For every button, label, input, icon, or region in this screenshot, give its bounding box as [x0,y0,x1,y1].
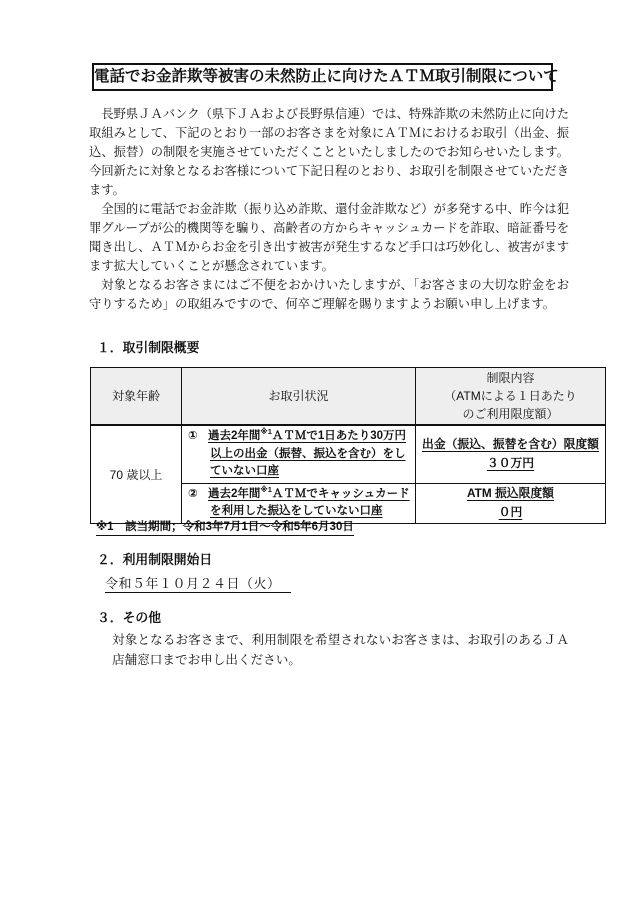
condition-1-text: 過去2年間 [208,430,260,442]
section-3-heading: ３．その他 [97,610,161,625]
table-footnote-text: ※1 該当期間；令和3年7月1日～令和5年6月30日 [96,521,354,536]
condition-2-number: ② [188,486,208,504]
limit-1-line1: 出金（振込、振替を含む）限度額 [422,437,599,451]
col-header-transaction: お取引状況 [182,368,416,426]
restriction-start-date-text: 令和５年１０月２４日（火） [105,576,291,593]
table-header-row: 対象年齢 お取引状況 制限内容 （ATMによる１日あたり のご利用限度額） [91,368,606,426]
age-value-cell: 70 歳以上 [91,425,182,523]
col-header-restriction: 制限内容 （ATMによる１日あたり のご利用限度額） [416,368,606,426]
intro-paragraphs: 長野県ＪＡバンク（県下ＪＡおよび長野県信連）では、特殊詐欺の未然防止に向けた取組… [89,105,569,314]
restriction-start-date: 令和５年１０月２４日（火） [105,573,291,592]
paragraph-2: 全国的に電話でお金詐欺（振り込め詐欺、還付金詐欺など）が多発する中、昨今は犯罪グ… [89,200,569,276]
limit-1-line2: ３０万円 [487,456,534,470]
page-title: 電話でお金詐欺等被害の未然防止に向けたＡＴＭ取引制限について [92,63,553,91]
document-page: 電話でお金詐欺等被害の未然防止に向けたＡＴＭ取引制限について 長野県ＪＡバンク（… [0,0,642,908]
section-1-heading: １．取引制限概要 [97,340,199,355]
condition-2-note-ref: ※1 [260,485,271,494]
condition-1-number: ① [188,428,208,446]
condition-cell-2: ②過去2年間※1ＡＴＭでキャッシュカードを利用した振込をしていない口座 [182,483,416,523]
limit-cell-1: 出金（振込、振替を含む）限度額 ３０万円 [416,425,606,483]
section-2-heading: ２．利用制限開始日 [97,552,212,567]
col-header-restriction-line2: （ATMによる１日あたり [444,389,576,403]
restriction-table: 対象年齢 お取引状況 制限内容 （ATMによる１日あたり のご利用限度額） 70… [90,367,606,524]
condition-1-note-ref: ※1 [260,427,271,436]
limit-cell-2: ATM 振込限度額 ０円 [416,483,606,523]
col-header-restriction-line3: のご利用限度額） [462,407,558,421]
table-row: 70 歳以上 ①過去2年間※1ＡＴＭで1日あたり30万円以上の出金（振替、振込を… [91,425,606,483]
limit-2-line2: ０円 [499,505,523,519]
limit-2-line1: ATM 振込限度額 [467,486,554,500]
table-footnote: ※1 該当期間；令和3年7月1日～令和5年6月30日 [96,518,354,534]
section-3-body: 対象となるお客さまで、利用制限を希望されないお客さまは、お取引のあるＪＡ店舗窓口… [112,631,569,670]
col-header-age: 対象年齢 [91,368,182,426]
condition-2-text: 過去2年間 [208,488,260,500]
condition-cell-1: ①過去2年間※1ＡＴＭで1日あたり30万円以上の出金（振替、振込を含む）をしてい… [182,425,416,483]
col-header-restriction-line1: 制限内容 [486,371,534,385]
paragraph-3: 対象となるお客さまにはご不便をおかけいたしますが、「お客さまの大切な貯金をお守り… [89,276,569,314]
paragraph-1: 長野県ＪＡバンク（県下ＪＡおよび長野県信連）では、特殊詐欺の未然防止に向けた取組… [89,105,569,200]
